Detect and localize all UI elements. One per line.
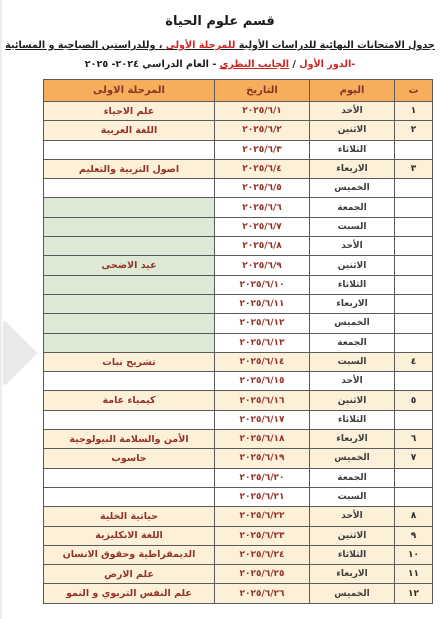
subject-cell bbox=[44, 372, 215, 391]
day-cell: الجمعة bbox=[310, 198, 395, 217]
table-row: السبت ٢٠٢٥/٦/٧ bbox=[44, 217, 433, 236]
subject-cell: حياتية الخلية bbox=[44, 507, 215, 526]
subject-cell: الديمقراطية وحقوق الانسان bbox=[44, 545, 215, 564]
document-page: قسم علوم الحياة جدول الامتحانات النهائية… bbox=[0, 0, 440, 619]
round-separator: / bbox=[289, 59, 299, 70]
table-row: الجمعة ٢٠٢٥/٦/١٣ bbox=[44, 333, 433, 352]
day-cell: الثلاثاء bbox=[310, 140, 395, 159]
page-curl-artifact bbox=[0, 320, 38, 385]
row-number-cell bbox=[395, 294, 433, 313]
day-cell: الأحد bbox=[310, 507, 395, 526]
table-row: السبت ٢٠٢٥/٦/٢١ bbox=[44, 487, 433, 506]
document-round-line: -الدور الأول / الجانب النظري - العام الد… bbox=[0, 59, 440, 70]
subject-cell bbox=[44, 179, 215, 198]
theoretical-side-label: الجانب النظري bbox=[220, 59, 289, 70]
subject-cell bbox=[44, 294, 215, 313]
day-cell: الخميس bbox=[310, 314, 395, 333]
subject-cell bbox=[44, 275, 215, 294]
table-row: ١٠ الثلاثاء ٢٠٢٥/٦/٢٤ الديمقراطية وحقوق … bbox=[44, 545, 433, 564]
day-cell: الجمعة bbox=[310, 333, 395, 352]
row-number-cell bbox=[395, 468, 433, 487]
date-cell: ٢٠٢٥/٦/٢٣ bbox=[215, 526, 310, 545]
table-row: ٩ الاثنين ٢٠٢٥/٦/٢٣ اللغة الانكليزية bbox=[44, 526, 433, 545]
table-row: الأحد ٢٠٢٥/٦/٨ bbox=[44, 237, 433, 256]
day-cell: الأحد bbox=[310, 372, 395, 391]
table-row: الجمعة ٢٠٢٥/٦/٢٠ bbox=[44, 468, 433, 487]
date-cell: ٢٠٢٥/٦/١٥ bbox=[215, 372, 310, 391]
row-number-cell bbox=[395, 487, 433, 506]
table-row: ٥ الاثنين ٢٠٢٥/٦/١٦ كيمياء عامة bbox=[44, 391, 433, 410]
row-number-cell: ٢ bbox=[395, 121, 433, 140]
row-number-cell bbox=[395, 314, 433, 333]
table-row: ٤ السبت ٢٠٢٥/٦/١٤ تشريح نبات bbox=[44, 352, 433, 371]
date-cell: ٢٠٢٥/٦/١٠ bbox=[215, 275, 310, 294]
day-cell: الاثنين bbox=[310, 526, 395, 545]
day-cell: الخميس bbox=[310, 449, 395, 468]
subtitle-stage-highlight: للمرحلة الأولى bbox=[166, 40, 236, 51]
round-label: -الدور الأول bbox=[299, 59, 355, 70]
date-cell: ٢٠٢٥/٦/١٩ bbox=[215, 449, 310, 468]
subject-cell: علم الاحياء bbox=[44, 102, 215, 121]
subject-cell: الأمن والسلامة البيولوجية bbox=[44, 430, 215, 449]
table-row: الاثنين ٢٠٢٥/٦/٩ عيد الاضحى bbox=[44, 256, 433, 275]
subject-cell bbox=[44, 410, 215, 429]
table-row: ٨ الأحد ٢٠٢٥/٦/٢٢ حياتية الخلية bbox=[44, 507, 433, 526]
day-cell: الثلاثاء bbox=[310, 275, 395, 294]
row-number-cell bbox=[395, 275, 433, 294]
column-header-day: اليوم bbox=[310, 80, 395, 102]
day-cell: الخميس bbox=[310, 584, 395, 603]
row-number-cell bbox=[395, 237, 433, 256]
subject-cell: اللغة العربية bbox=[44, 121, 215, 140]
row-number-cell: ٣ bbox=[395, 159, 433, 178]
subtitle-text-part2: ، وللدراستين الصباحية و المسائية bbox=[5, 40, 166, 51]
subject-cell bbox=[44, 333, 215, 352]
subject-cell bbox=[44, 468, 215, 487]
row-number-cell: ٧ bbox=[395, 449, 433, 468]
day-cell: السبت bbox=[310, 217, 395, 236]
document-subtitle: جدول الامتحانات النهائية للدراسات الأولي… bbox=[0, 40, 440, 51]
date-cell: ٢٠٢٥/٦/٦ bbox=[215, 198, 310, 217]
day-cell: الخميس bbox=[310, 179, 395, 198]
table-row: الثلاثاء ٢٠٢٥/٦/١٠ bbox=[44, 275, 433, 294]
row-number-cell: ١ bbox=[395, 102, 433, 121]
row-number-cell: ٩ bbox=[395, 526, 433, 545]
table-row: ٧ الخميس ٢٠٢٥/٦/١٩ حاسوب bbox=[44, 449, 433, 468]
subject-cell: عيد الاضحى bbox=[44, 256, 215, 275]
page-title: قسم علوم الحياة bbox=[0, 0, 440, 29]
table-row: الثلاثاء ٢٠٢٥/٦/٣ bbox=[44, 140, 433, 159]
date-cell: ٢٠٢٥/٦/١٣ bbox=[215, 333, 310, 352]
day-cell: الاربعاء bbox=[310, 430, 395, 449]
subject-cell: اصول التربية والتعليم bbox=[44, 159, 215, 178]
row-number-cell: ١٢ bbox=[395, 584, 433, 603]
day-cell: الجمعة bbox=[310, 468, 395, 487]
table-row: الأحد ٢٠٢٥/٦/١٥ bbox=[44, 372, 433, 391]
day-cell: الاربعاء bbox=[310, 159, 395, 178]
row-number-cell: ٤ bbox=[395, 352, 433, 371]
subject-cell: كيمياء عامة bbox=[44, 391, 215, 410]
day-cell: الأحد bbox=[310, 102, 395, 121]
table-header-row: ت اليوم التاريخ المرحلة الاولى bbox=[44, 80, 433, 102]
row-number-cell: ١٠ bbox=[395, 545, 433, 564]
date-cell: ٢٠٢٥/٦/١٨ bbox=[215, 430, 310, 449]
column-header-number: ت bbox=[395, 80, 433, 102]
subject-cell: اللغة الانكليزية bbox=[44, 526, 215, 545]
date-cell: ٢٠٢٥/٦/٩ bbox=[215, 256, 310, 275]
table-row: ٣ الاربعاء ٢٠٢٥/٦/٤ اصول التربية والتعلي… bbox=[44, 159, 433, 178]
date-cell: ٢٠٢٥/٦/٢٤ bbox=[215, 545, 310, 564]
subject-cell bbox=[44, 314, 215, 333]
date-cell: ٢٠٢٥/٦/٢٢ bbox=[215, 507, 310, 526]
date-cell: ٢٠٢٥/٦/٣ bbox=[215, 140, 310, 159]
row-number-cell bbox=[395, 217, 433, 236]
subject-cell bbox=[44, 217, 215, 236]
day-cell: الاربعاء bbox=[310, 294, 395, 313]
column-header-date: التاريخ bbox=[215, 80, 310, 102]
row-number-cell: ٦ bbox=[395, 430, 433, 449]
table-row: ٢ الاثنين ٢٠٢٥/٦/٢ اللغة العربية bbox=[44, 121, 433, 140]
subject-cell bbox=[44, 487, 215, 506]
table-row: الخميس ٢٠٢٥/٦/٥ bbox=[44, 179, 433, 198]
row-number-cell: ٥ bbox=[395, 391, 433, 410]
row-number-cell: ٨ bbox=[395, 507, 433, 526]
date-cell: ٢٠٢٥/٦/١٧ bbox=[215, 410, 310, 429]
date-cell: ٢٠٢٥/٦/٢٥ bbox=[215, 565, 310, 584]
subject-cell bbox=[44, 237, 215, 256]
date-cell: ٢٠٢٥/٦/١١ bbox=[215, 294, 310, 313]
subject-cell bbox=[44, 140, 215, 159]
day-cell: الاثنين bbox=[310, 256, 395, 275]
column-header-stage: المرحلة الاولى bbox=[44, 80, 215, 102]
day-cell: الثلاثاء bbox=[310, 545, 395, 564]
row-number-cell bbox=[395, 410, 433, 429]
day-cell: الاثنين bbox=[310, 121, 395, 140]
date-cell: ٢٠٢٥/٦/١ bbox=[215, 102, 310, 121]
table-row: ٦ الاربعاء ٢٠٢٥/٦/١٨ الأمن والسلامة البي… bbox=[44, 430, 433, 449]
row-number-cell: ١١ bbox=[395, 565, 433, 584]
date-cell: ٢٠٢٥/٦/٧ bbox=[215, 217, 310, 236]
table-row: الاربعاء ٢٠٢٥/٦/١١ bbox=[44, 294, 433, 313]
date-cell: ٢٠٢٥/٦/٤ bbox=[215, 159, 310, 178]
date-cell: ٢٠٢٥/٦/٢٠ bbox=[215, 468, 310, 487]
subject-cell: علم الارض bbox=[44, 565, 215, 584]
day-cell: السبت bbox=[310, 352, 395, 371]
day-cell: الأحد bbox=[310, 237, 395, 256]
date-cell: ٢٠٢٥/٦/٢٦ bbox=[215, 584, 310, 603]
day-cell: السبت bbox=[310, 487, 395, 506]
date-cell: ٢٠٢٥/٦/١٤ bbox=[215, 352, 310, 371]
date-cell: ٢٠٢٥/٦/٨ bbox=[215, 237, 310, 256]
table-row: الثلاثاء ٢٠٢٥/٦/١٧ bbox=[44, 410, 433, 429]
table-row: الخميس ٢٠٢٥/٦/١٢ bbox=[44, 314, 433, 333]
date-cell: ٢٠٢٥/٦/١٦ bbox=[215, 391, 310, 410]
subtitle-text-part1: جدول الامتحانات النهائية للدراسات الأولي… bbox=[235, 40, 434, 51]
table-row: ١ الأحد ٢٠٢٥/٦/١ علم الاحياء bbox=[44, 102, 433, 121]
subject-cell bbox=[44, 198, 215, 217]
table-row: ١١ الاربعاء ٢٠٢٥/٦/٢٥ علم الارض bbox=[44, 565, 433, 584]
day-cell: الثلاثاء bbox=[310, 410, 395, 429]
row-number-cell bbox=[395, 198, 433, 217]
row-number-cell bbox=[395, 372, 433, 391]
exam-schedule-table: ت اليوم التاريخ المرحلة الاولى ١ الأحد ٢… bbox=[43, 79, 433, 604]
academic-year-text: - العام الدراسي ٢٠٢٤- ٢٠٢٥ bbox=[85, 59, 220, 70]
date-cell: ٢٠٢٥/٦/٥ bbox=[215, 179, 310, 198]
row-number-cell bbox=[395, 140, 433, 159]
subject-cell: تشريح نبات bbox=[44, 352, 215, 371]
day-cell: الاربعاء bbox=[310, 565, 395, 584]
row-number-cell bbox=[395, 179, 433, 198]
date-cell: ٢٠٢٥/٦/٢ bbox=[215, 121, 310, 140]
row-number-cell bbox=[395, 256, 433, 275]
date-cell: ٢٠٢٥/٦/٢١ bbox=[215, 487, 310, 506]
table-row: الجمعة ٢٠٢٥/٦/٦ bbox=[44, 198, 433, 217]
row-number-cell bbox=[395, 333, 433, 352]
date-cell: ٢٠٢٥/٦/١٢ bbox=[215, 314, 310, 333]
scan-edge-shadow bbox=[0, 0, 3, 619]
subject-cell: علم النفس التربوي و النمو bbox=[44, 584, 215, 603]
table-row: ١٢ الخميس ٢٠٢٥/٦/٢٦ علم النفس التربوي و … bbox=[44, 584, 433, 603]
subject-cell: حاسوب bbox=[44, 449, 215, 468]
day-cell: الاثنين bbox=[310, 391, 395, 410]
